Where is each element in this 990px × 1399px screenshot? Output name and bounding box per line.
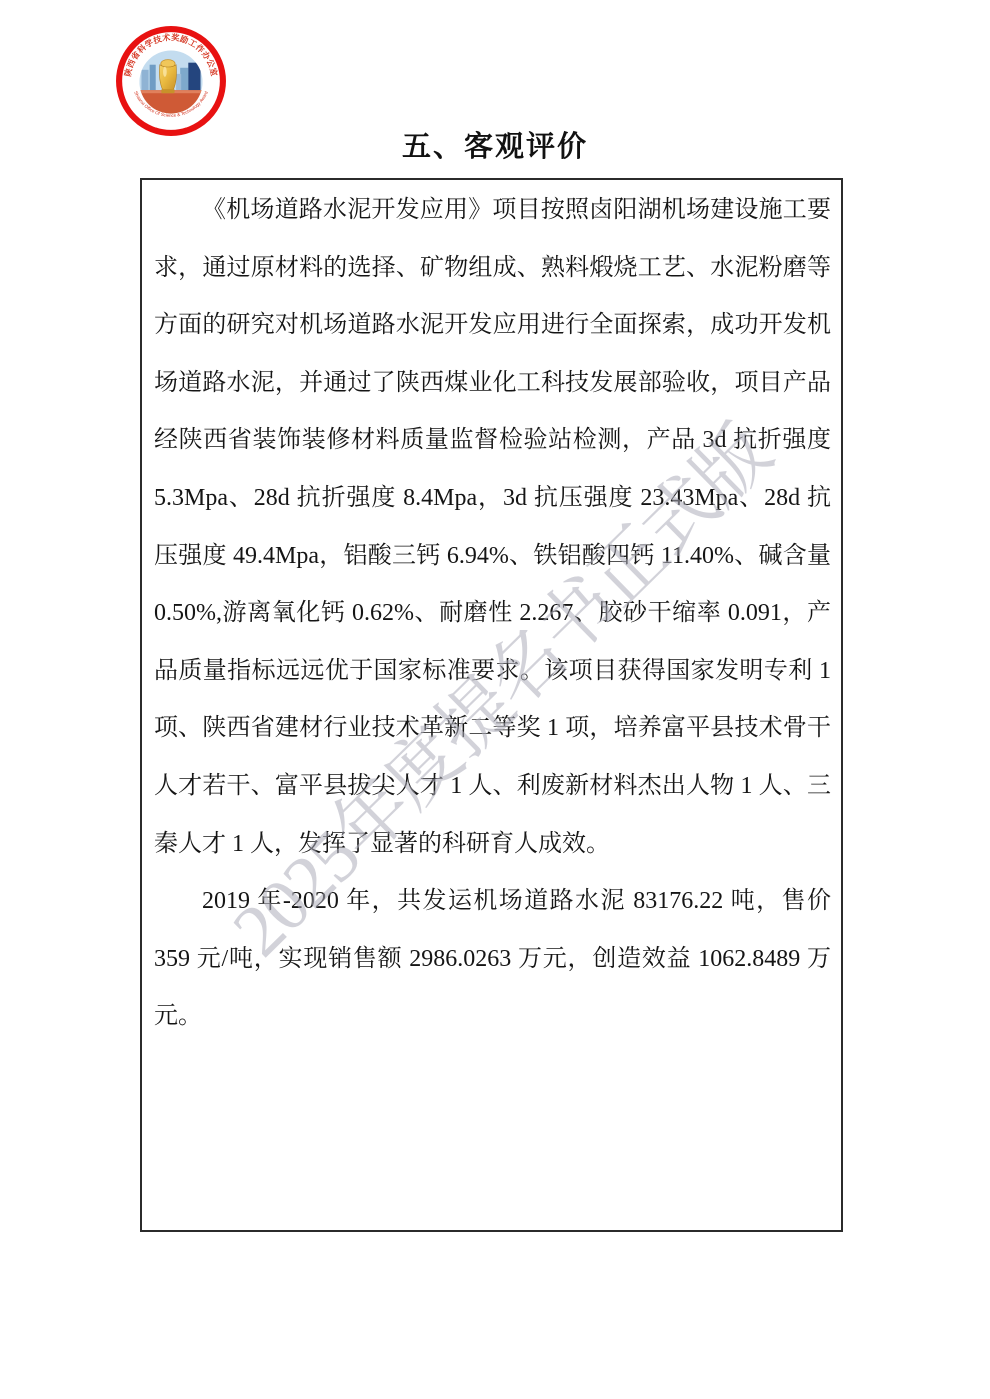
award-office-seal: 陕西省科学技术奖励工作办公室 Shaanxi Office Of Science… — [115, 25, 227, 137]
evaluation-content-box: 《机场道路水泥开发应用》项目按照卤阳湖机场建设施工要求，通过原材料的选择、矿物组… — [140, 178, 843, 1232]
seal-trophy-icon — [159, 60, 176, 94]
seal-graphic: 陕西省科学技术奖励工作办公室 Shaanxi Office Of Science… — [115, 25, 227, 137]
sales-results-paragraph: 2019 年-2020 年，共发运机场道路水泥 83176.22 吨，售价 35… — [154, 873, 831, 1046]
section-title: 五、客观评价 — [0, 124, 990, 165]
document-page: 陕西省科学技术奖励工作办公室 Shaanxi Office Of Science… — [0, 0, 990, 1399]
evaluation-paragraph: 《机场道路水泥开发应用》项目按照卤阳湖机场建设施工要求，通过原材料的选择、矿物组… — [154, 182, 831, 873]
